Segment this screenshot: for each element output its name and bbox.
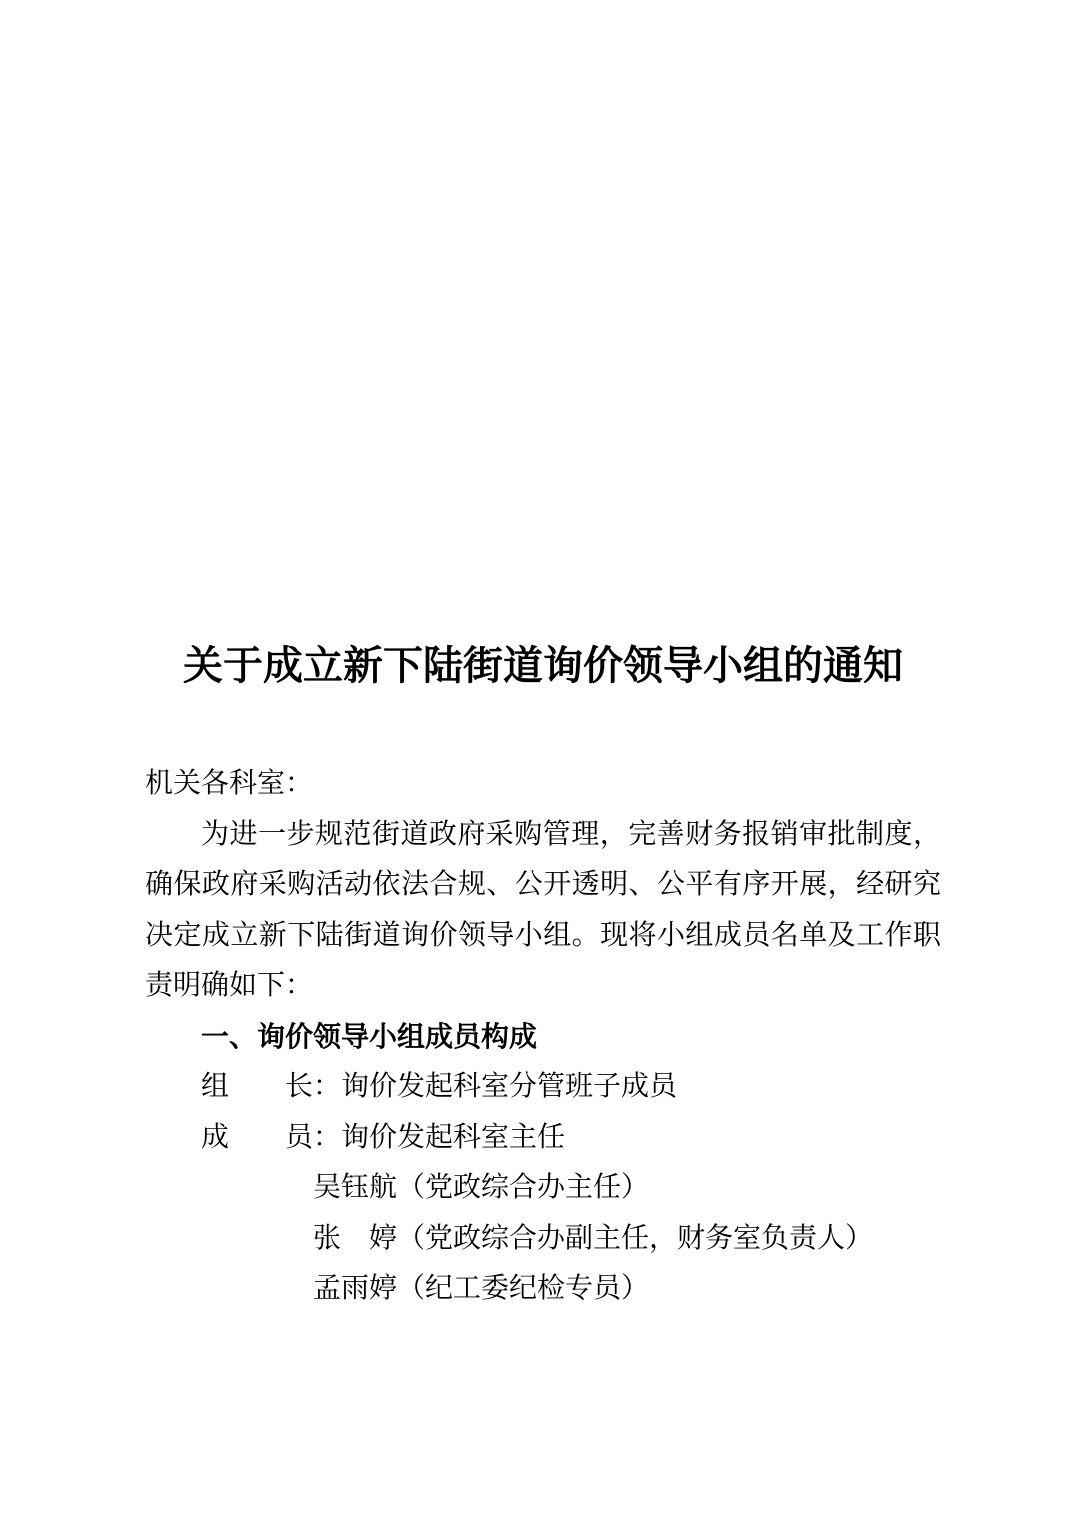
paragraph-line: 确保政府采购活动依法合规、公开透明、公平有序开展，经研究 (145, 860, 941, 911)
paragraph-line: 责明确如下： (145, 961, 941, 1012)
salutation: 机关各科室： (145, 759, 941, 810)
group-leader-line: 组 长：询价发起科室分管班子成员 (145, 1062, 941, 1113)
member-name-line: 张 婷（党政综合办副主任，财务室负责人） (145, 1214, 941, 1265)
member-name-line: 孟雨婷（纪工委纪检专员） (145, 1264, 941, 1315)
member-name-line: 吴钰航（党政综合办主任） (145, 1163, 941, 1214)
document-body: 机关各科室： 为进一步规范街道政府采购管理，完善财务报销审批制度， 确保政府采购… (145, 759, 941, 1315)
paragraph-line: 决定成立新下陆街道询价领导小组。现将小组成员名单及工作职 (145, 911, 941, 962)
section-heading: 一、询价领导小组成员构成 (145, 1012, 941, 1063)
document-title: 关于成立新下陆街道询价领导小组的通知 (145, 642, 941, 690)
paragraph-line: 为进一步规范街道政府采购管理，完善财务报销审批制度， (145, 810, 941, 861)
notice-page: 关于成立新下陆街道询价领导小组的通知 机关各科室： 为进一步规范街道政府采购管理… (0, 0, 1074, 1520)
group-member-line: 成 员：询价发起科室主任 (145, 1113, 941, 1164)
